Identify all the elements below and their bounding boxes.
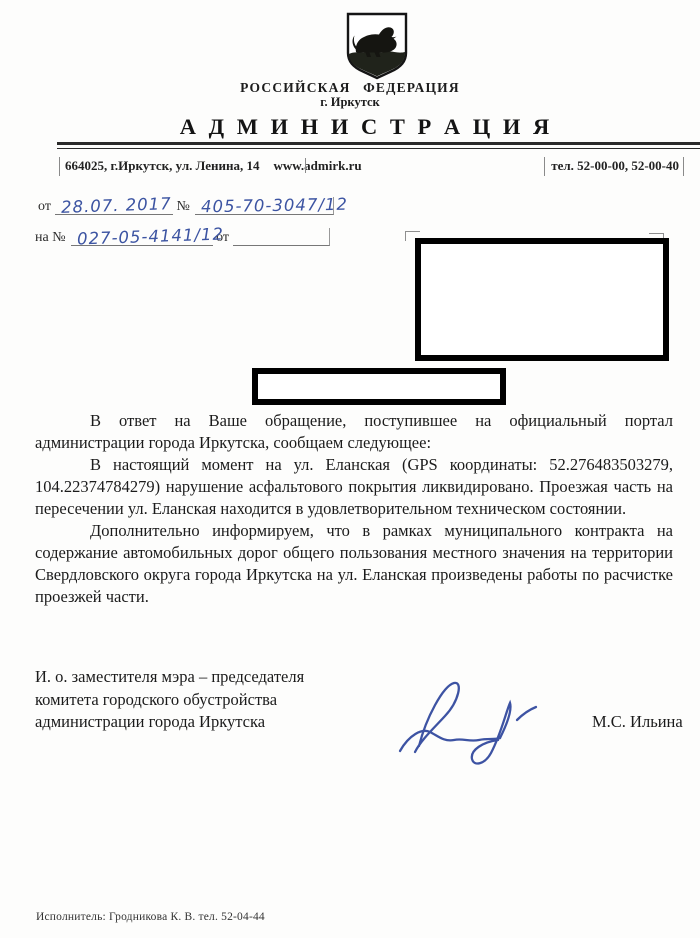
number-label: № xyxy=(176,199,189,214)
signer-title-line-2: комитета городского обустройства xyxy=(35,689,304,712)
scanned-letter-page: РОССИЙСКАЯ ФЕДЕРАЦИЯ г. Иркутск А Д М И … xyxy=(0,0,700,938)
handwritten-outgoing-number: 405-70-3047/12 xyxy=(201,195,348,217)
outgoing-number-field: 405-70-3047/12 xyxy=(195,197,334,215)
country-line: РОССИЙСКАЯ ФЕДЕРАЦИЯ xyxy=(20,80,680,96)
phone-block: тел. 52-00-00, 52-00-40 xyxy=(544,157,684,176)
handwritten-incoming-number: 027-05-4141/12 xyxy=(76,224,224,248)
paragraph-3: Дополнительно информируем, что в рамках … xyxy=(35,520,673,608)
redaction-box-recipient xyxy=(415,238,669,361)
signer-title-line-3: администрации города Иркутска xyxy=(35,711,304,734)
signer-title-block: И. о. заместителя мэра – председателя ко… xyxy=(35,666,304,734)
incoming-number-field: 027-05-4141/12 xyxy=(71,228,213,246)
website: www.admirk.ru xyxy=(273,158,361,173)
paragraph-1: В ответ на Ваше обращение, поступившее н… xyxy=(35,410,673,454)
signer-title-line-1: И. о. заместителя мэра – председателя xyxy=(35,666,304,689)
double-rule xyxy=(57,142,700,149)
handwritten-signature xyxy=(393,658,553,773)
outgoing-ref-row: от28.07. 2017 №405-70-3047/12 xyxy=(38,197,334,215)
executor-line: Исполнитель: Гродникова К. В. тел. 52-04… xyxy=(36,911,265,923)
city-line: г. Иркутск xyxy=(20,95,680,110)
handwritten-date: 28.07. 2017 xyxy=(61,194,172,217)
signer-name: М.С. Ильина xyxy=(592,712,683,732)
address-block: 664025, г.Иркутск, ул. Ленина, 14www.adm… xyxy=(59,157,372,176)
postal-address: 664025, г.Иркутск, ул. Ленина, 14 xyxy=(65,158,259,173)
field-separator-bar xyxy=(305,158,306,173)
incoming-ref-row: на №027-05-4141/12 от xyxy=(35,228,330,246)
incoming-date-field-empty xyxy=(233,228,330,246)
outgoing-date-field: 28.07. 2017 xyxy=(55,197,173,215)
paragraph-2: В настоящий момент на ул. Еланская (GPS … xyxy=(35,454,673,520)
redaction-box-line xyxy=(252,368,506,405)
organization-title: А Д М И Н И С Т Р А Ц И Я xyxy=(36,114,696,140)
letter-body: В ответ на Ваше обращение, поступившее н… xyxy=(35,410,673,608)
from-label: от xyxy=(38,199,51,214)
reply-label: на № xyxy=(35,230,66,245)
irkutsk-coat-of-arms-icon xyxy=(343,11,411,81)
